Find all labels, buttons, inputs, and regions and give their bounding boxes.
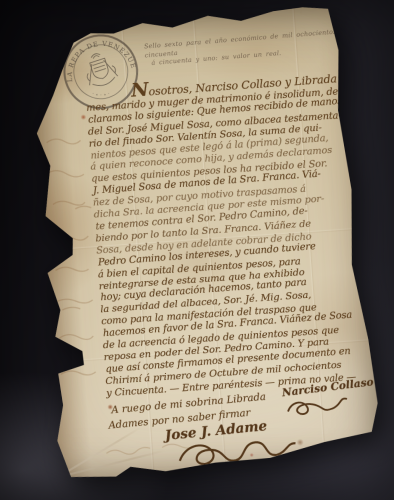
manuscript-body: Nosotros, Narciso Collaso y Librada Ada—… — [85, 71, 358, 399]
coat-of-arms-icon — [81, 49, 119, 89]
manuscript-paper-rotation: LA REPA DE VENEZUELA · ⋆ · ⋆ · Sello sex… — [24, 1, 383, 485]
seal-rim-text: LA REPA DE VENEZUELA — [52, 23, 138, 92]
photo-frame: LA REPA DE VENEZUELA · ⋆ · ⋆ · Sello sex… — [0, 0, 394, 500]
stamped-paper-header: Sello sexto para el año económico de mil… — [144, 28, 345, 69]
paper-sheet: LA REPA DE VENEZUELA · ⋆ · ⋆ · Sello sex… — [24, 1, 383, 485]
